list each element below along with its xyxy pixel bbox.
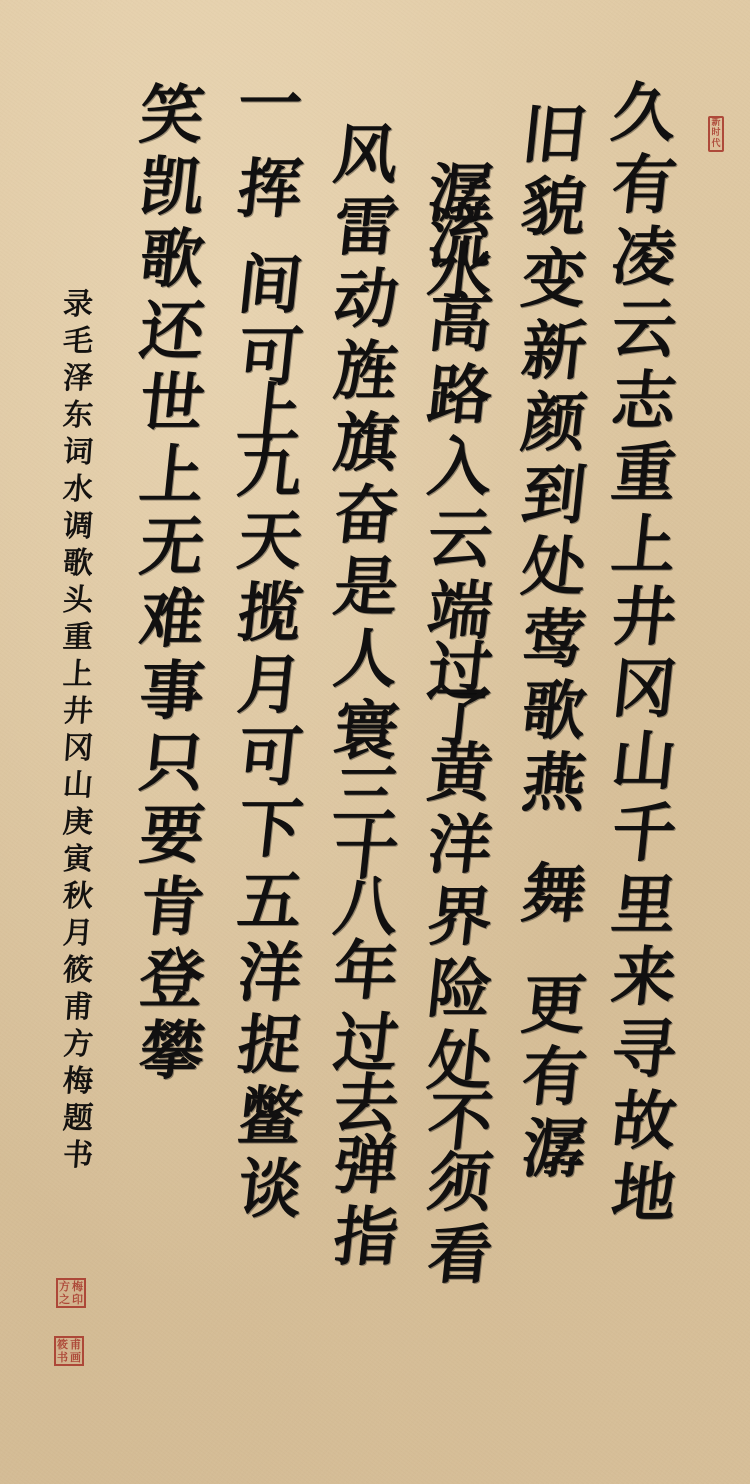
- poem-char: 水: [427, 260, 494, 288]
- poem-char: 莺: [518, 604, 590, 676]
- poem-char: 到: [518, 460, 590, 532]
- inscription-char: 头: [62, 582, 95, 619]
- poem-char: 里: [608, 870, 680, 942]
- poem-char: 九: [234, 434, 306, 506]
- poem-char: 寻: [608, 1014, 680, 1086]
- poem-char: 登: [136, 944, 208, 1016]
- poem-char: 黄: [424, 738, 496, 810]
- poem-char: 肯: [136, 872, 208, 944]
- poem-char: 颜: [518, 388, 590, 460]
- poem-char: 上: [236, 394, 304, 434]
- seal-char: 代: [710, 139, 722, 150]
- poem-char: 上: [608, 510, 680, 582]
- inscription-char: 上: [62, 656, 95, 693]
- poem-char: 新: [518, 316, 590, 388]
- inscription-char: 题: [62, 1100, 95, 1137]
- poem-char: 地: [608, 1158, 680, 1230]
- poem-char: 动: [330, 264, 402, 336]
- poem-column-6: 笑 凯 歌 还 世 上 无 难 事 只 要 肯 登 攀: [124, 80, 220, 1088]
- seal-char: 梅: [71, 1280, 84, 1293]
- leading-seal: 新 时 代: [708, 116, 724, 152]
- inscription-char: 山: [62, 767, 95, 804]
- poem-char: 攀: [136, 1016, 208, 1088]
- poem-column-5: 一 挥 间 可 上 九 天 揽 月 可 下 五 洋 捉 鳖 谈: [222, 80, 318, 1226]
- poem-char: 间: [234, 250, 306, 322]
- poem-char: 上: [136, 440, 208, 512]
- poem-char: 有: [518, 1042, 590, 1114]
- inscription-char: 毛: [62, 323, 95, 360]
- inscription-char: 重: [62, 619, 95, 656]
- poem-char: 井: [608, 582, 680, 654]
- poem-char: 了: [426, 698, 494, 738]
- inscription-char: 冈: [62, 730, 95, 767]
- poem-char: 潺: [518, 1114, 590, 1186]
- poem-char: 指: [330, 1202, 402, 1274]
- poem-char: 要: [136, 800, 208, 872]
- inscription-char: 秋: [62, 878, 95, 915]
- inscription-char: 筱: [62, 952, 95, 989]
- seal-char: 方: [58, 1280, 71, 1293]
- poem-char: 山: [608, 726, 680, 798]
- poem-char: 风: [330, 120, 402, 192]
- poem-char: 旌: [330, 336, 402, 408]
- poem-char: 天: [234, 506, 306, 578]
- poem-char: 燕: [518, 748, 590, 820]
- poem-char: 界: [424, 882, 496, 954]
- inscription-char: 东: [62, 397, 95, 434]
- inscription-char: 书: [62, 1137, 95, 1174]
- seal-char: 时: [710, 129, 722, 140]
- poem-char: 揽: [234, 578, 306, 650]
- poem-char: 更: [518, 970, 590, 1042]
- poem-char: 故: [608, 1086, 680, 1158]
- poem-char: 旗: [330, 408, 402, 480]
- poem-char: 云: [424, 504, 496, 576]
- style-name-seal: 筱 甫 书 画: [54, 1336, 84, 1366]
- poem-char: 洋: [424, 810, 496, 882]
- poem-column-3: 潺 流 水 高 路 入 云 端 过 了 黄 洋 界 险 处 不 须 看: [412, 170, 508, 1292]
- poem-char: 入: [424, 432, 496, 504]
- poem-char: 千: [608, 798, 680, 870]
- inscription-char: 调: [62, 508, 95, 545]
- poem-char: 下: [234, 794, 306, 866]
- inscription-char: 方: [62, 1026, 95, 1063]
- poem-char: 只: [136, 728, 208, 800]
- poem-char: 有: [608, 150, 680, 222]
- poem-char: 去: [331, 1080, 400, 1130]
- poem-char: 谈: [234, 1154, 306, 1226]
- seal-char: 筱: [56, 1338, 69, 1351]
- inscription-char: 甫: [62, 989, 95, 1026]
- poem-char: 久: [608, 78, 680, 150]
- poem-char: 旧: [518, 100, 590, 172]
- poem-char: 志: [608, 366, 680, 438]
- inscription-char: 寅: [62, 841, 95, 878]
- poem-char: 一: [235, 80, 304, 130]
- poem-char: 无: [136, 512, 208, 584]
- calligraphy-scroll: 久 有 凌 云 志 重 上 井 冈 山 千 里 来 寻 故 地 旧 貌 变 新 …: [0, 0, 750, 1484]
- inscription-char: 月: [62, 915, 95, 952]
- poem-char: 凯: [136, 152, 208, 224]
- seal-char: 书: [56, 1351, 69, 1364]
- poem-char: 八: [331, 880, 401, 936]
- seal-char: 画: [69, 1351, 82, 1364]
- poem-column-4: 风 雷 动 旌 旗 奋 是 人 寰 三 十 八 年 过 去 弹 指: [318, 120, 414, 1274]
- poem-char: 洋: [234, 938, 306, 1010]
- poem-char: 云: [608, 294, 680, 366]
- poem-char: 高: [424, 288, 496, 360]
- poem-char: 看: [424, 1220, 496, 1292]
- poem-char: 五: [234, 866, 306, 938]
- poem-char: 月: [234, 650, 306, 722]
- poem-char: 世: [136, 368, 208, 440]
- poem-char: 不: [425, 1098, 494, 1148]
- poem-char: 鳖: [234, 1082, 306, 1154]
- seal-char: 甫: [69, 1338, 82, 1351]
- poem-char: 奋: [330, 480, 402, 552]
- poem-char: 凌: [608, 222, 680, 294]
- seal-char: 印: [71, 1293, 84, 1306]
- poem-column-2: 旧 貌 变 新 颜 到 处 莺 歌 燕 舞 更 有 潺: [506, 100, 602, 1186]
- poem-char: 雷: [330, 192, 402, 264]
- poem-char: 事: [136, 656, 208, 728]
- inscription-char: 录: [62, 286, 95, 323]
- inscription-char: 井: [62, 693, 95, 730]
- poem-char: 险: [424, 954, 496, 1026]
- poem-char: 年: [330, 936, 402, 1008]
- poem-char: 还: [136, 296, 208, 368]
- poem-char: 来: [608, 942, 680, 1014]
- poem-char: 捉: [234, 1010, 306, 1082]
- poem-char: 可: [234, 722, 306, 794]
- poem-char: 路: [424, 360, 496, 432]
- poem-char: 舞: [514, 820, 594, 970]
- poem-char: 挥: [232, 130, 309, 250]
- seal-char: 之: [58, 1293, 71, 1306]
- poem-char: 人: [330, 624, 402, 696]
- poem-char: 歌: [136, 224, 208, 296]
- poem-char: 貌: [518, 172, 590, 244]
- poem-char: 弹: [330, 1130, 402, 1202]
- name-seal: 方 梅 之 印: [56, 1278, 86, 1308]
- poem-char: 须: [424, 1148, 496, 1220]
- inscription-char: 歌: [62, 545, 95, 582]
- inscription-column: 录 毛 泽 东 词 水 调 歌 头 重 上 井 冈 山 庚 寅 秋 月 筱 甫 …: [56, 286, 100, 1174]
- poem-char: 变: [518, 244, 590, 316]
- inscription-char: 梅: [62, 1063, 95, 1100]
- inscription-char: 泽: [62, 360, 95, 397]
- inscription-char: 水: [62, 471, 95, 508]
- poem-char: 难: [136, 584, 208, 656]
- poem-char: 处: [518, 532, 590, 604]
- inscription-char: 庚: [62, 804, 95, 841]
- poem-char: 冈: [608, 654, 680, 726]
- poem-char: 歌: [518, 676, 590, 748]
- inscription-char: 词: [62, 434, 95, 471]
- poem-char: 笑: [136, 80, 208, 152]
- poem-char: 重: [608, 438, 680, 510]
- poem-column-1: 久 有 凌 云 志 重 上 井 冈 山 千 里 来 寻 故 地: [596, 78, 692, 1230]
- poem-char: 是: [330, 552, 402, 624]
